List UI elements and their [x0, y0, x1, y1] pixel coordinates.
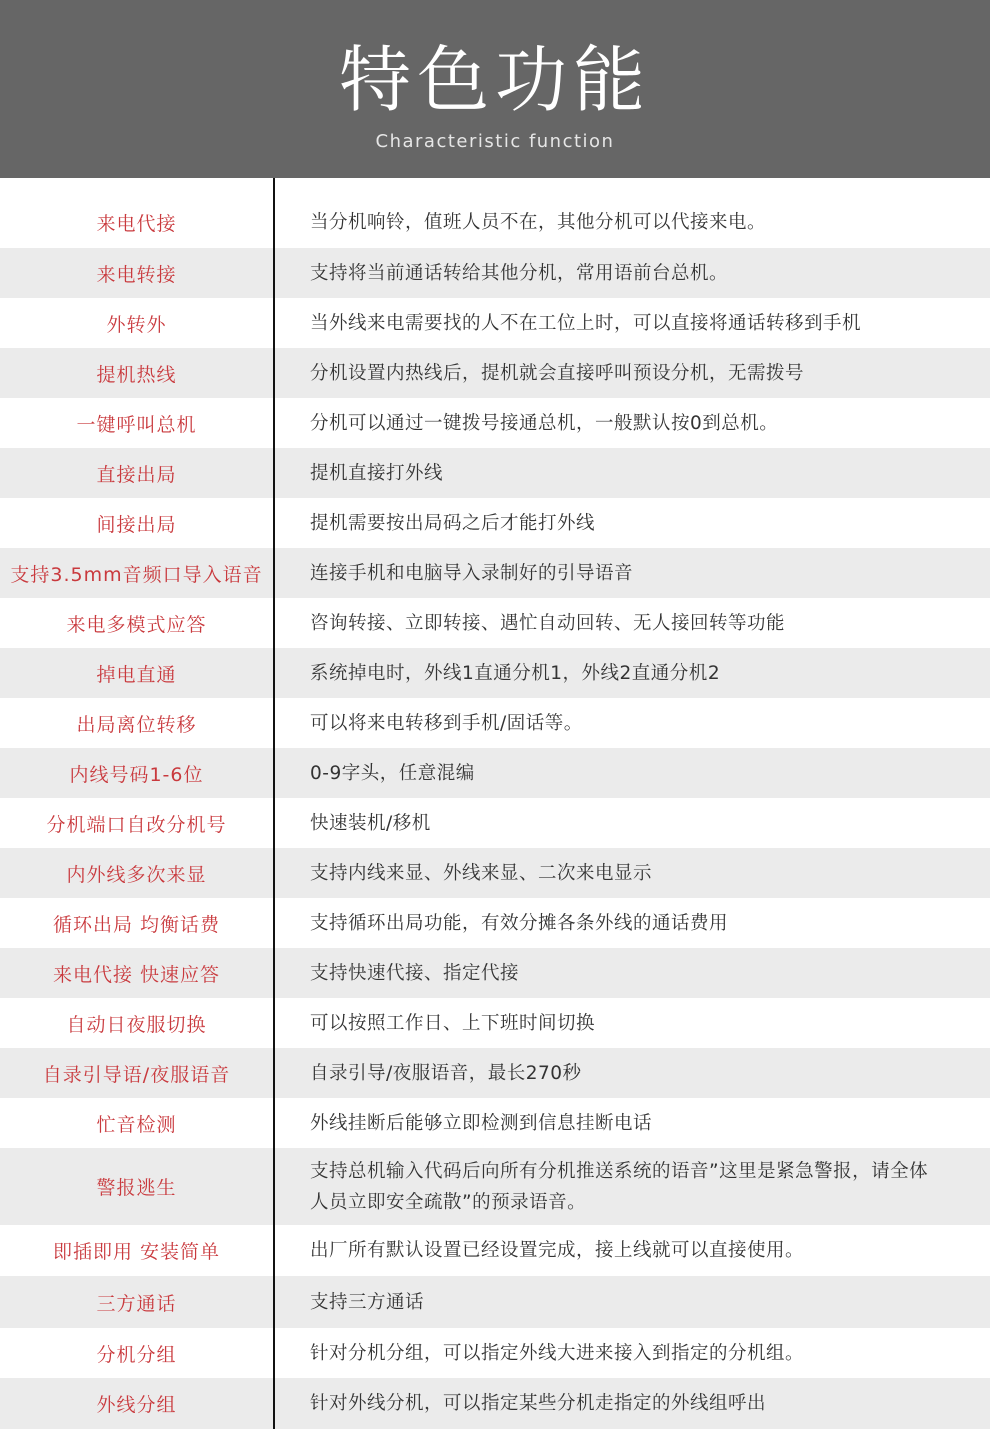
- feature-row: 内线号码1-6位 0-9字头，任意混编: [0, 748, 990, 798]
- feature-label: 间接出局: [0, 510, 273, 537]
- feature-label: 分机端口自改分机号: [0, 810, 273, 837]
- feature-label: 来电多模式应答: [0, 610, 273, 637]
- feature-row: 外线分组 针对外线分机，可以指定某些分机走指定的外线组呼出: [0, 1378, 990, 1429]
- feature-label: 直接出局: [0, 460, 273, 487]
- feature-row: 警报逃生 支持总机输入代码后向所有分机推送系统的语音”这里是紧急警报，请全体人员…: [0, 1148, 990, 1225]
- feature-label: 支持3.5mm音频口导入语音: [0, 560, 273, 587]
- page-header: 特色功能 Characteristic function: [0, 0, 990, 178]
- feature-desc: 分机设置内热线后，提机就会直接呼叫预设分机，无需拨号: [273, 358, 990, 389]
- feature-label: 循环出局 均衡话费: [0, 910, 273, 937]
- feature-row: 三方通话 支持三方通话: [0, 1276, 990, 1328]
- feature-row: 来电多模式应答 咨询转接、立即转接、遇忙自动回转、无人接回转等功能: [0, 598, 990, 648]
- feature-desc: 当外线来电需要找的人不在工位上时，可以直接将通话转移到手机: [273, 308, 990, 339]
- feature-desc: 系统掉电时，外线1直通分机1，外线2直通分机2: [273, 658, 990, 689]
- feature-desc: 支持快速代接、指定代接: [273, 958, 990, 989]
- feature-desc: 连接手机和电脑导入录制好的引导语音: [273, 558, 990, 589]
- feature-row: 来电代接 快速应答 支持快速代接、指定代接: [0, 948, 990, 998]
- feature-label: 外线分组: [0, 1390, 273, 1417]
- feature-row: 循环出局 均衡话费 支持循环出局功能，有效分摊各条外线的通话费用: [0, 898, 990, 948]
- feature-row: 一键呼叫总机 分机可以通过一键拨号接通总机，一般默认按0到总机。: [0, 398, 990, 448]
- feature-row: 支持3.5mm音频口导入语音 连接手机和电脑导入录制好的引导语音: [0, 548, 990, 598]
- feature-desc: 支持循环出局功能，有效分摊各条外线的通话费用: [273, 908, 990, 939]
- feature-desc: 咨询转接、立即转接、遇忙自动回转、无人接回转等功能: [273, 608, 990, 639]
- feature-row: 直接出局 提机直接打外线: [0, 448, 990, 498]
- column-divider: [273, 178, 275, 1429]
- feature-table: 来电代接 当分机响铃，值班人员不在，其他分机可以代接来电。 来电转接 支持将当前…: [0, 178, 990, 1429]
- feature-row: 即插即用 安装简单 出厂所有默认设置已经设置完成，接上线就可以直接使用。: [0, 1225, 990, 1276]
- feature-desc: 支持三方通话: [273, 1287, 990, 1318]
- feature-label: 自录引导语/夜服语音: [0, 1060, 273, 1087]
- feature-label: 来电代接 快速应答: [0, 960, 273, 987]
- feature-label: 分机分组: [0, 1340, 273, 1367]
- feature-label: 自动日夜服切换: [0, 1010, 273, 1037]
- feature-row: 来电转接 支持将当前通话转给其他分机，常用语前台总机。: [0, 248, 990, 298]
- feature-desc: 0-9字头，任意混编: [273, 758, 990, 789]
- feature-row: 自录引导语/夜服语音 自录引导/夜服语音，最长270秒: [0, 1048, 990, 1098]
- feature-desc: 支持总机输入代码后向所有分机推送系统的语音”这里是紧急警报，请全体人员立即安全疏…: [273, 1156, 990, 1218]
- feature-row: 外转外 当外线来电需要找的人不在工位上时，可以直接将通话转移到手机: [0, 298, 990, 348]
- feature-row: 自动日夜服切换 可以按照工作日、上下班时间切换: [0, 998, 990, 1048]
- feature-desc: 自录引导/夜服语音，最长270秒: [273, 1058, 990, 1089]
- feature-row: 分机分组 针对分机分组，可以指定外线大进来接入到指定的分机组。: [0, 1328, 990, 1378]
- page-title: 特色功能: [0, 36, 990, 124]
- feature-label: 三方通话: [0, 1289, 273, 1316]
- feature-desc: 提机直接打外线: [273, 458, 990, 489]
- feature-label: 来电代接: [0, 209, 273, 236]
- feature-desc: 支持内线来显、外线来显、二次来电显示: [273, 858, 990, 889]
- feature-desc: 外线挂断后能够立即检测到信息挂断电话: [273, 1108, 990, 1139]
- feature-desc: 可以将来电转移到手机/固话等。: [273, 708, 990, 739]
- feature-label: 提机热线: [0, 360, 273, 387]
- feature-label: 一键呼叫总机: [0, 410, 273, 437]
- feature-label: 内线号码1-6位: [0, 760, 273, 787]
- feature-row: 分机端口自改分机号 快速装机/移机: [0, 798, 990, 848]
- feature-desc: 分机可以通过一键拨号接通总机，一般默认按0到总机。: [273, 408, 990, 439]
- feature-desc: 可以按照工作日、上下班时间切换: [273, 1008, 990, 1039]
- feature-label: 即插即用 安装简单: [0, 1237, 273, 1264]
- feature-desc: 支持将当前通话转给其他分机，常用语前台总机。: [273, 258, 990, 289]
- feature-label: 外转外: [0, 310, 273, 337]
- feature-desc: 当分机响铃，值班人员不在，其他分机可以代接来电。: [273, 207, 990, 238]
- feature-label: 警报逃生: [0, 1173, 273, 1200]
- page-subtitle: Characteristic function: [0, 130, 990, 154]
- feature-desc: 针对分机分组，可以指定外线大进来接入到指定的分机组。: [273, 1338, 990, 1369]
- feature-desc: 出厂所有默认设置已经设置完成，接上线就可以直接使用。: [273, 1235, 990, 1266]
- feature-desc: 提机需要按出局码之后才能打外线: [273, 508, 990, 539]
- feature-label: 掉电直通: [0, 660, 273, 687]
- feature-row: 出局离位转移 可以将来电转移到手机/固话等。: [0, 698, 990, 748]
- feature-label: 内外线多次来显: [0, 860, 273, 887]
- feature-label: 忙音检测: [0, 1110, 273, 1137]
- feature-row: 提机热线 分机设置内热线后，提机就会直接呼叫预设分机，无需拨号: [0, 348, 990, 398]
- feature-row: 忙音检测 外线挂断后能够立即检测到信息挂断电话: [0, 1098, 990, 1148]
- feature-desc: 针对外线分机，可以指定某些分机走指定的外线组呼出: [273, 1388, 990, 1419]
- feature-row: 内外线多次来显 支持内线来显、外线来显、二次来电显示: [0, 848, 990, 898]
- feature-row: 间接出局 提机需要按出局码之后才能打外线: [0, 498, 990, 548]
- feature-row: 掉电直通 系统掉电时，外线1直通分机1，外线2直通分机2: [0, 648, 990, 698]
- feature-row: 来电代接 当分机响铃，值班人员不在，其他分机可以代接来电。: [0, 178, 990, 248]
- feature-label: 来电转接: [0, 260, 273, 287]
- feature-desc: 快速装机/移机: [273, 808, 990, 839]
- feature-label: 出局离位转移: [0, 710, 273, 737]
